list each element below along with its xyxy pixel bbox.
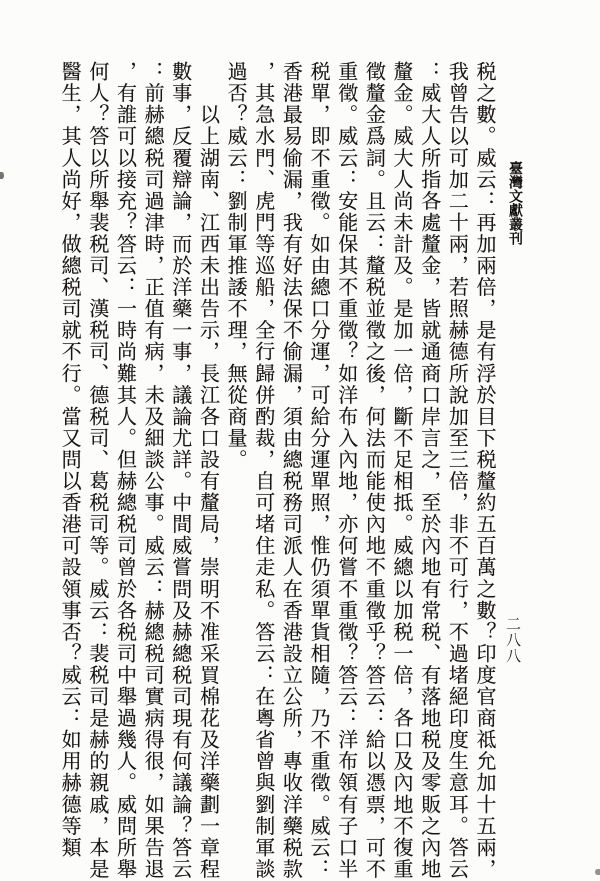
text-column: 釐金。威大人尚未計及。是加一倍，斷不足相抵。威總以加税一倍，各口及內地不復重 — [386, 61, 414, 881]
text-column: 徵釐金爲詞。且云：釐税並徵之後，何法而能使內地不重徵乎？答云：給以憑票，可不 — [359, 61, 387, 881]
text-column: 香港最易偷漏，我有好法保不偷漏，須由總税務司派人在香港設立公所，專收洋藥税款 — [276, 61, 304, 881]
text-column: 何人？答以所舉裴税司、漢税司、德税司、葛税司等。威云：裴税司是赫的親戚，本是 — [82, 61, 110, 881]
text-column: 税單，即不重徵。如由總口分運，可給分運單照，惟仍須單貨相隨，乃不重徵。威云： — [303, 61, 331, 881]
text-column: 醫生，其人尚好，做總税司就不行。當又問以香港可設領事否？威云：如用赫德等類 — [55, 61, 83, 881]
series-title: 臺灣文獻叢刊 — [504, 161, 524, 245]
text-column: 重徵。威云：安能保其不重徵？如洋布入內地，亦何嘗不重徵？答云：洋布領有子口半 — [331, 61, 359, 881]
text-column: ，有誰可以接充？答云：一時尚難其人。但赫總税司曾於各税司中舉過幾人。威問所舉 — [110, 61, 138, 881]
body-text: 税之數。威云：再加兩倍，是有浮於目下税釐約五百萬之數？印度官商祗允加十五兩， 我… — [55, 61, 498, 881]
text-column: 以上湖南、江西未出告示，長江各口設有釐局，崇明不准采買棉花及洋藥劃一章程 — [193, 61, 221, 881]
text-column: ：前赫總税司過津時，正值有病，未及細談公事。威云：赫總税司實病得很，如果告退 — [137, 61, 165, 881]
scanned-document-page: 臺灣文獻叢刊 二八八 税之數。威云：再加兩倍，是有浮於目下税釐約五百萬之數？印度… — [0, 0, 600, 881]
scan-speck — [595, 869, 600, 875]
text-column: ，其急水門、虎門等巡船，全行歸併酌裁，自可堵住走私。答云：在粵省曾與劉制軍談 — [248, 61, 276, 881]
text-column: ：威大人所指各處釐金，皆就通商口岸言之，至於內地有常税、有落地税及零販之內地 — [414, 61, 442, 881]
text-column: 我曾告以可加二十兩，若照赫德所說加至三倍，非不可行，不過堵絕印度生意耳。答云 — [442, 61, 470, 881]
scan-speck — [0, 172, 4, 179]
text-column: 數事，反覆辯論，而於洋藥一事，議論尤詳。中間威嘗問及赫總税司現有何議論？答云 — [165, 61, 193, 881]
text-column: 過否？威云：劉制軍推諉不理，無從商量。 — [220, 61, 248, 881]
text-column: 税之數。威云：再加兩倍，是有浮於目下税釐約五百萬之數？印度官商祗允加十五兩， — [469, 61, 497, 881]
page-number: 二八八 — [502, 616, 523, 664]
